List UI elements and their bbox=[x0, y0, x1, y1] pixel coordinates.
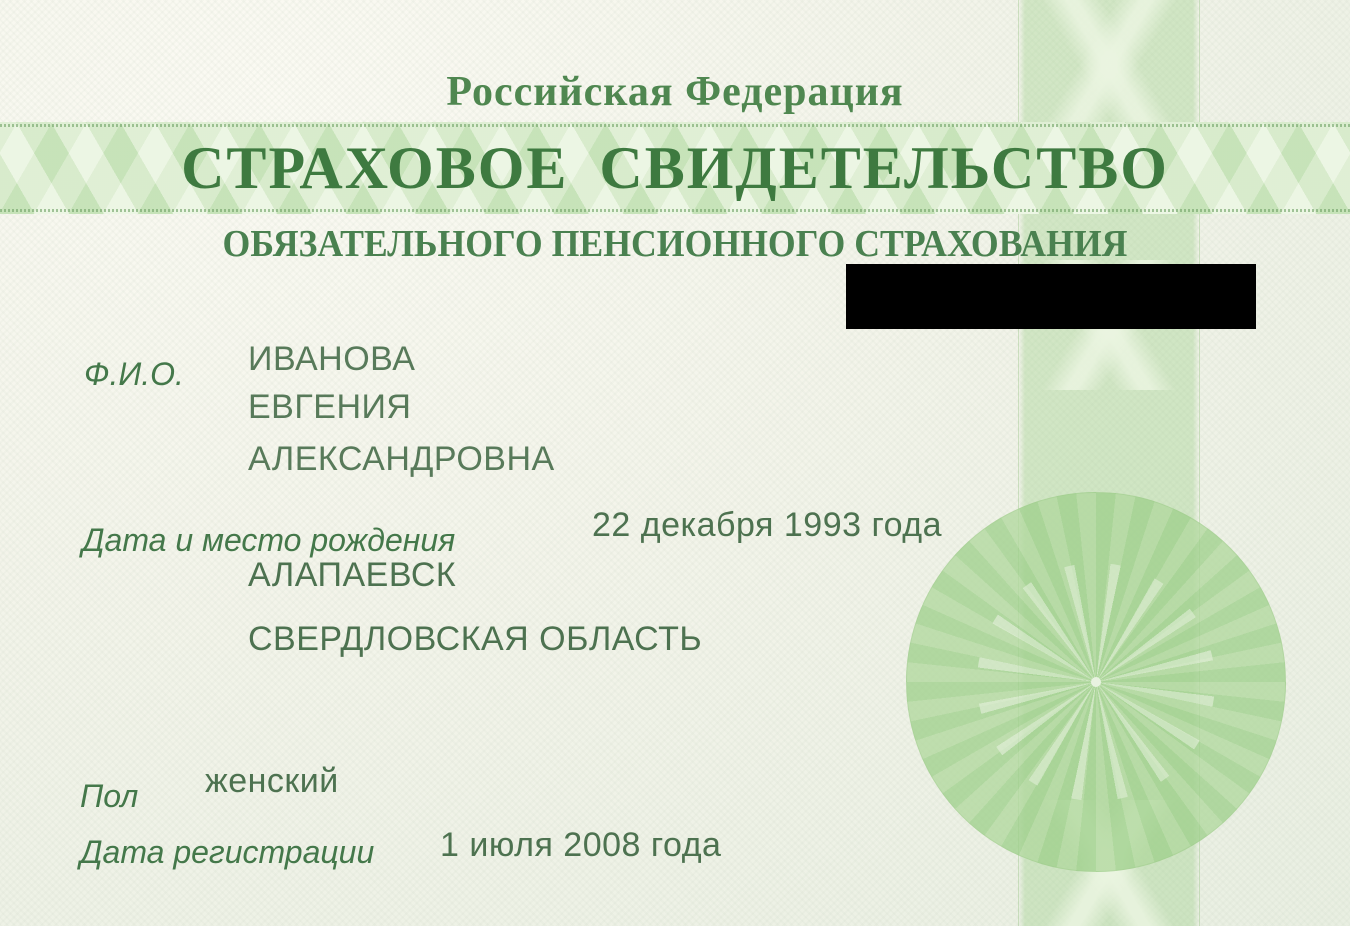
birth-date-value: 22 декабря 1993 года bbox=[592, 506, 942, 545]
fio-label: Ф.И.О. bbox=[84, 356, 184, 393]
first-name-value: ЕВГЕНИЯ bbox=[248, 388, 412, 427]
birth-label: Дата и место рождения bbox=[82, 522, 455, 559]
patronymic-value: АЛЕКСАНДРОВНА bbox=[248, 440, 555, 479]
redacted-number-block bbox=[846, 264, 1256, 329]
rosette-seal-icon bbox=[906, 492, 1286, 872]
certificate-paper: Российская Федерация СТРАХОВОЕ СВИДЕТЕЛЬ… bbox=[0, 0, 1350, 926]
registration-date-label: Дата регистрации bbox=[80, 834, 374, 871]
sex-value: женский bbox=[205, 762, 339, 801]
surname-value: ИВАНОВА bbox=[248, 340, 415, 379]
birth-city-value: АЛАПАЕВСК bbox=[248, 556, 456, 595]
document-subtitle: ОБЯЗАТЕЛЬНОГО ПЕНСИОННОГО СТРАХОВАНИЯ bbox=[41, 222, 1319, 266]
country-heading: Российская Федерация bbox=[0, 68, 1350, 116]
birth-region-value: СВЕРДЛОВСКАЯ ОБЛАСТЬ bbox=[248, 620, 702, 659]
registration-date-value: 1 июля 2008 года bbox=[440, 826, 721, 865]
document-title: СТРАХОВОЕ СВИДЕТЕЛЬСТВО bbox=[0, 134, 1350, 203]
sex-label: Пол bbox=[80, 778, 138, 815]
